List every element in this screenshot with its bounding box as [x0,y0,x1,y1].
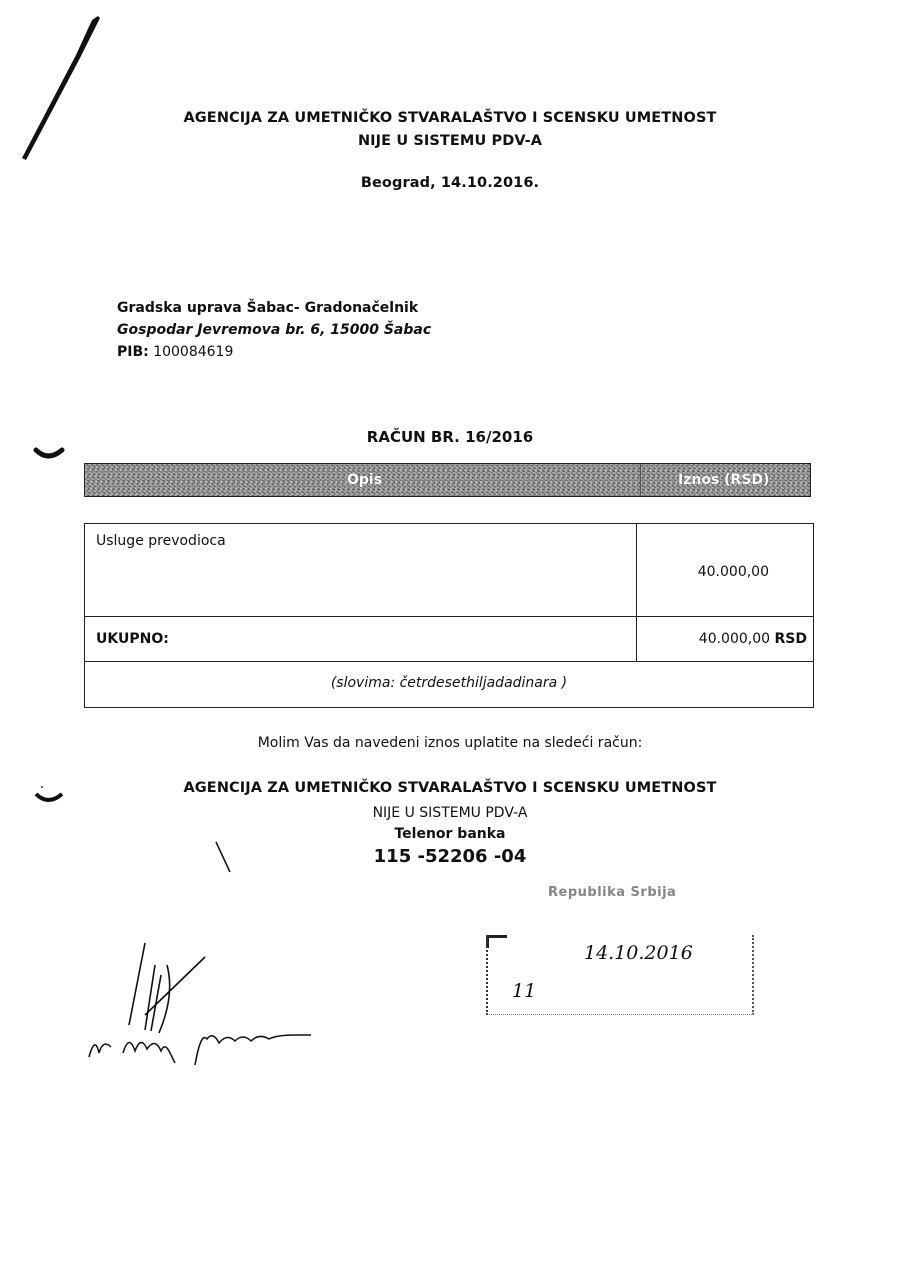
payee-agency-name: AGENCIJA ZA UMETNIČKO STVARALAŠTVO I SCE… [0,780,900,796]
stamp-handwritten-number: 11 [512,980,536,1002]
invoice-title: RAČUN BR. 16/2016 [0,428,900,446]
amount-in-words: (slovima: četrdesethiljadadinara ) [85,675,813,691]
column-header-description: Opis [347,472,382,488]
recipient-address: Gospodar Jevremova br. 6, 15000 Šabac [117,322,431,338]
signature [85,935,325,1075]
recipient-pib: PIB: 100084619 [117,344,233,360]
table-row: Usluge prevodioca 40.000,00 [85,524,813,617]
item-amount: 40.000,00 [698,564,769,580]
stamp-title: Republika Srbija [548,885,676,900]
column-header-amount: Iznos (RSD) [678,472,769,488]
invoice-table: Usluge prevodioca 40.000,00 UKUPNO: 40.0… [84,523,814,708]
total-amount-cell: 40.000,00 RSD [699,631,807,647]
pib-label: PIB: [117,344,149,360]
item-description: Usluge prevodioca [96,533,226,549]
account-number: 115 -52206 -04 [0,846,900,867]
vat-status: NIJE U SISTEMU PDV-A [0,133,900,149]
total-currency: RSD [775,631,807,647]
total-label: UKUPNO: [96,631,169,647]
payee-vat-status: NIJE U SISTEMU PDV-A [0,805,900,821]
amount-in-words-row: (slovima: četrdesethiljadadinara ) [85,662,813,707]
pib-value: 100084619 [153,344,233,360]
received-stamp: Republika Srbija 14.10.2016 11 [486,880,756,1015]
total-amount: 40.000,00 [699,631,770,647]
place-date: Beograd, 14.10.2016. [0,175,900,191]
column-divider [640,464,641,496]
agency-name: AGENCIJA ZA UMETNIČKO STVARALAŠTVO I SCE… [0,110,900,126]
bank-name: Telenor banka [0,826,900,842]
payment-instruction: Molim Vas da navedeni iznos uplatite na … [0,735,900,751]
table-header: Opis Iznos (RSD) [84,463,811,497]
recipient-name: Gradska uprava Šabac- Gradonačelnik [117,300,418,316]
total-row: UKUPNO: 40.000,00 RSD [85,617,813,662]
cell-divider [636,524,637,616]
stamp-handwritten-date: 14.10.2016 [584,942,693,964]
cell-divider [636,617,637,661]
